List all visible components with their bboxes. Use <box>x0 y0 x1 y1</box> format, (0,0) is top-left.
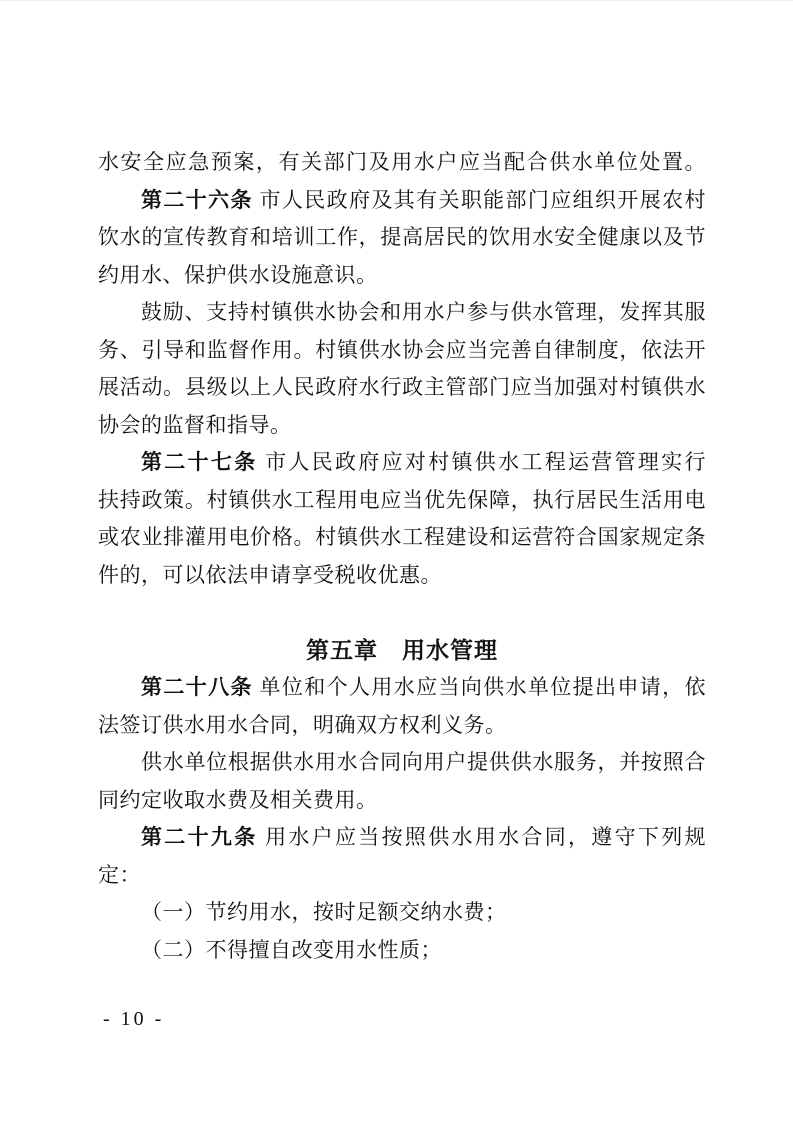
line-text: （二）不得擅自改变用水性质； <box>141 938 442 962</box>
line-text: 水安全应急预案，有关部门及用水户应当配合供水单位处置。 <box>98 150 706 174</box>
line-text: 协会的监督和指导。 <box>98 413 292 437</box>
body-line: 第二十九条 用水户应当按照供水用水合同，遵守下列规 <box>98 819 706 857</box>
body-line: 供水单位根据供水用水合同向用户提供供水服务，并按照合 <box>98 744 706 782</box>
body-line: 定： <box>98 857 706 895</box>
line-text: 用水户应当按照供水用水合同，遵守下列规 <box>265 825 706 849</box>
line-text: 定： <box>98 863 141 887</box>
body-line: 鼓励、支持村镇供水协会和用水户参与供水管理，发挥其服 <box>98 294 706 332</box>
line-text: 单位和个人用水应当向供水单位提出申请，依 <box>259 675 706 699</box>
body-line: 约用水、保护供水设施意识。 <box>98 257 706 295</box>
body-line: 第二十六条 市人民政府及其有关职能部门应组织开展农村 <box>98 182 706 220</box>
body-line: 饮水的宣传教育和培训工作，提高居民的饮用水安全健康以及节 <box>98 219 706 257</box>
body-line: 第二十七条 市人民政府应对村镇供水工程运营管理实行 <box>98 444 706 482</box>
body-line: （二）不得擅自改变用水性质； <box>98 932 706 970</box>
line-text: （一）节约用水，按时足额交纳水费； <box>141 900 507 924</box>
line-text: 或农业排灌用电价格。村镇供水工程建设和运营符合国家规定条 <box>98 525 706 549</box>
body-line: 件的，可以依法申请享受税收优惠。 <box>98 557 706 595</box>
body-line: 第二十八条 单位和个人用水应当向供水单位提出申请，依 <box>98 669 706 707</box>
article-number: 第二十八条 <box>141 675 253 699</box>
body-line: 同约定收取水费及相关费用。 <box>98 782 706 820</box>
line-text: 务、引导和监督作用。村镇供水协会应当完善自律制度，依法开 <box>98 338 706 362</box>
line-text: 市人民政府应对村镇供水工程运营管理实行 <box>265 450 706 474</box>
article-number: 第二十六条 <box>141 188 253 212</box>
body-line: （一）节约用水，按时足额交纳水费； <box>98 894 706 932</box>
page-number: - 10 - <box>103 1005 164 1033</box>
line-text: 件的，可以依法申请享受税收优惠。 <box>98 563 442 587</box>
body-line: 法签订供水用水合同，明确双方权利义务。 <box>98 707 706 745</box>
line-text: 法签订供水用水合同，明确双方权利义务。 <box>98 713 507 737</box>
line-text: 展活动。县级以上人民政府水行政主管部门应当加强对村镇供水 <box>98 375 706 399</box>
line-text: 约用水、保护供水设施意识。 <box>98 263 378 287</box>
body-line: 展活动。县级以上人民政府水行政主管部门应当加强对村镇供水 <box>98 369 706 407</box>
line-text: 扶持政策。村镇供水工程用电应当优先保障，执行居民生活用电 <box>98 488 706 512</box>
document-page: 水安全应急预案，有关部门及用水户应当配合供水单位处置。第二十六条 市人民政府及其… <box>0 0 793 1122</box>
body-line: 或农业排灌用电价格。村镇供水工程建设和运营符合国家规定条 <box>98 519 706 557</box>
blank-line <box>98 594 706 632</box>
line-text: 鼓励、支持村镇供水协会和用水户参与供水管理，发挥其服 <box>141 300 706 324</box>
body-line: 水安全应急预案，有关部门及用水户应当配合供水单位处置。 <box>98 144 706 182</box>
article-number: 第二十九条 <box>141 825 258 849</box>
line-text: 饮水的宣传教育和培训工作，提高居民的饮用水安全健康以及节 <box>98 225 706 249</box>
body-line: 协会的监督和指导。 <box>98 407 706 445</box>
body-line: 务、引导和监督作用。村镇供水协会应当完善自律制度，依法开 <box>98 332 706 370</box>
body-line: 扶持政策。村镇供水工程用电应当优先保障，执行居民生活用电 <box>98 482 706 520</box>
line-text: 供水单位根据供水用水合同向用户提供供水服务，并按照合 <box>141 750 706 774</box>
line-text: 同约定收取水费及相关费用。 <box>98 788 378 812</box>
chapter-heading: 第五章 用水管理 <box>98 632 706 670</box>
text-block: 水安全应急预案，有关部门及用水户应当配合供水单位处置。第二十六条 市人民政府及其… <box>98 144 706 969</box>
line-text: 市人民政府及其有关职能部门应组织开展农村 <box>259 188 706 212</box>
article-number: 第二十七条 <box>141 450 258 474</box>
